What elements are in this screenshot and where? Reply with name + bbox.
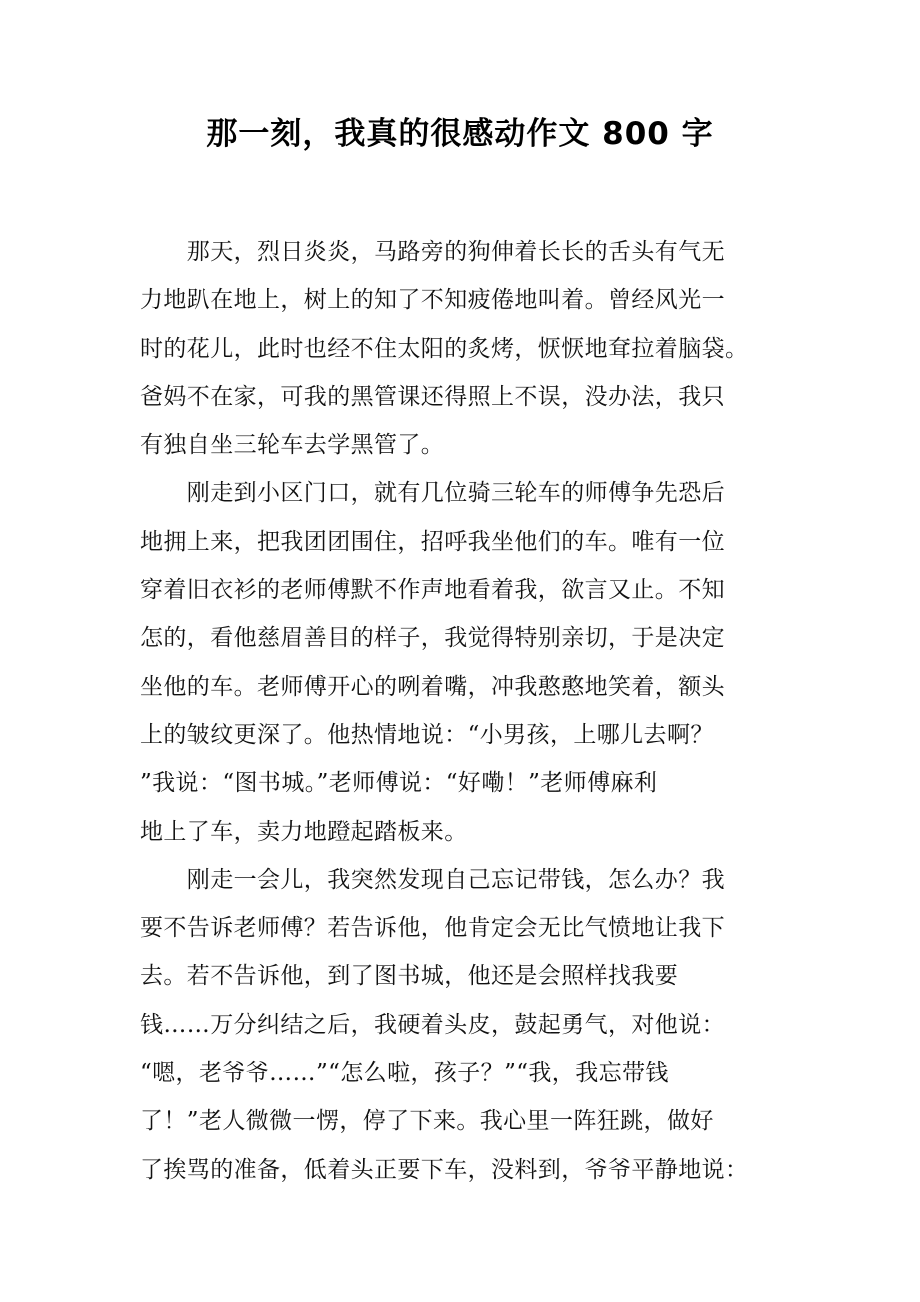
body-line: 要不告诉老师傅？若告诉他，他肯定会无比气愤地让我下	[140, 904, 800, 952]
body-line: 刚走到小区门口，就有几位骑三轮车的师傅争先恐后	[140, 469, 800, 517]
document-title: 那一刻，我真的很感动作文 800 字	[0, 112, 920, 156]
body-line: 穿着旧衣衫的老师傅默不作声地看着我，欲言又止。不知	[140, 566, 800, 614]
body-line: 刚走一会儿，我突然发现自己忘记带钱，怎么办？我	[140, 856, 800, 904]
document-page: 那一刻，我真的很感动作文 800 字 那天，烈日炎炎，马路旁的狗伸着长长的舌头有…	[0, 0, 920, 1302]
body-line: “嗯，老爷爷……”“怎么啦，孩子？”“我，我忘带钱	[140, 1049, 800, 1097]
body-line: 地拥上来，把我团团围住，招呼我坐他们的车。唯有一位	[140, 518, 800, 566]
body-line: 爸妈不在家，可我的黑管课还得照上不误，没办法，我只	[140, 373, 800, 421]
body-line: 了！”老人微微一愣，停了下来。我心里一阵狂跳，做好	[140, 1097, 800, 1145]
body-line: 那天，烈日炎炎，马路旁的狗伸着长长的舌头有气无	[140, 228, 800, 276]
body-line: ”我说：“图书城。”老师傅说：“好嘞！”老师傅麻利	[140, 759, 800, 807]
body-line: 有独自坐三轮车去学黑管了。	[140, 421, 800, 469]
body-line: 去。若不告诉他，到了图书城，他还是会照样找我要	[140, 952, 800, 1000]
body-line: 力地趴在地上，树上的知了不知疲倦地叫着。曾经风光一	[140, 276, 800, 324]
body-line: 钱……万分纠结之后，我硬着头皮，鼓起勇气，对他说：	[140, 1001, 800, 1049]
body-line: 了挨骂的准备，低着头正要下车，没料到，爷爷平静地说：	[140, 1146, 800, 1194]
body-line: 地上了车，卖力地蹬起踏板来。	[140, 808, 800, 856]
body-line: 坐他的车。老师傅开心的咧着嘴，冲我憨憨地笑着，额头	[140, 663, 800, 711]
body-line: 时的花儿，此时也经不住太阳的炙烤，恹恹地耷拉着脑袋。	[140, 325, 800, 373]
body-line: 怎的，看他慈眉善目的样子，我觉得特别亲切，于是决定	[140, 614, 800, 662]
document-body: 那天，烈日炎炎，马路旁的狗伸着长长的舌头有气无 力地趴在地上，树上的知了不知疲倦…	[140, 228, 800, 1194]
body-line: 上的皱纹更深了。他热情地说：“小男孩，上哪儿去啊？	[140, 711, 800, 759]
